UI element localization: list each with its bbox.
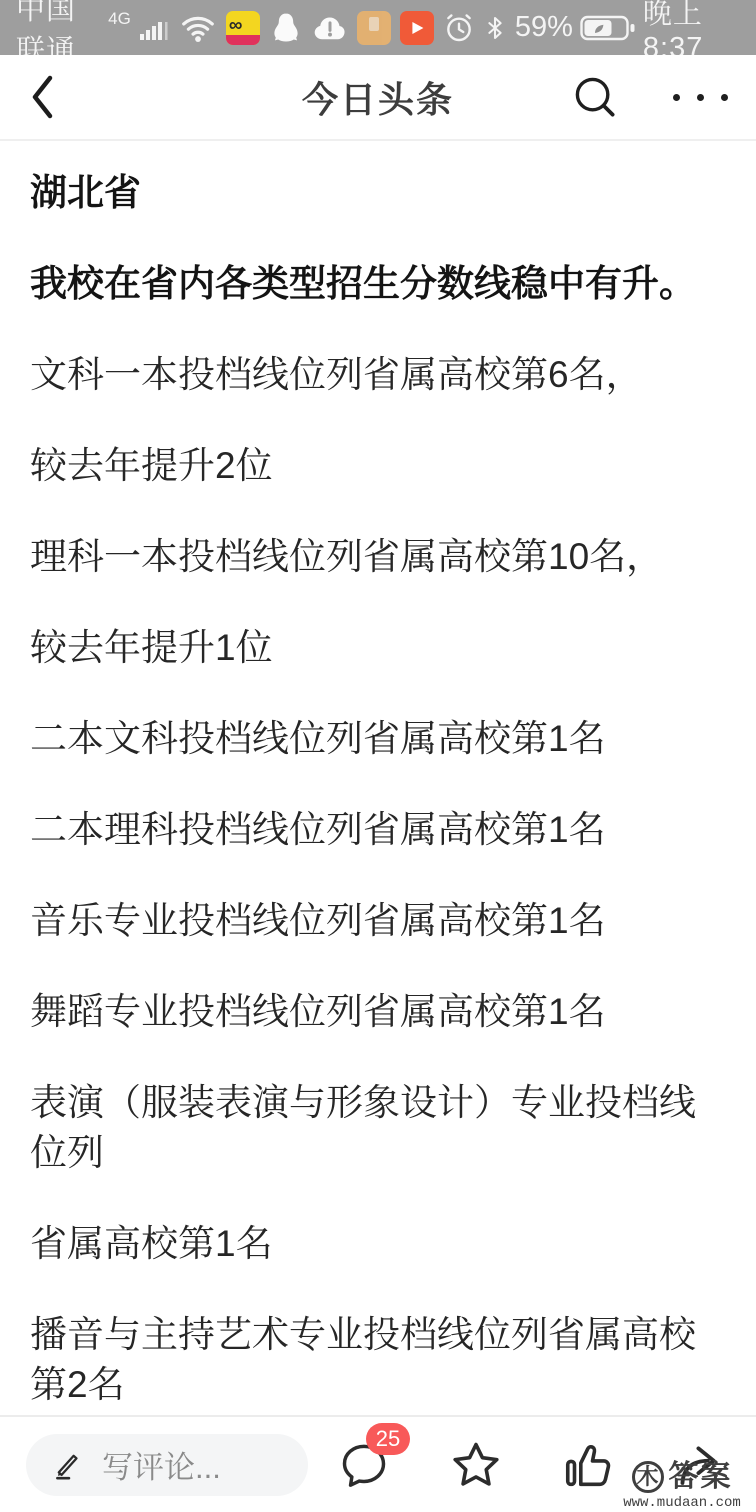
paragraph: 二本文科投档线位列省属高校第1名 bbox=[30, 714, 726, 764]
like-button[interactable] bbox=[558, 1435, 618, 1495]
watermark-logo-icon: 木 bbox=[632, 1461, 664, 1493]
comment-count-badge: 25 bbox=[366, 1423, 410, 1455]
pencil-icon bbox=[50, 1448, 84, 1482]
paragraph: 二本理科投档线位列省属高校第1名 bbox=[30, 805, 726, 855]
more-options-button[interactable] bbox=[671, 88, 730, 107]
comments-button[interactable]: 25 bbox=[334, 1435, 394, 1495]
write-comment-input[interactable]: 写评论... bbox=[26, 1434, 308, 1496]
paragraph: 较去年提升2位 bbox=[30, 441, 726, 491]
paragraph: 我校在省内各类型招生分数线稳中有升。 bbox=[30, 259, 726, 309]
favorite-button[interactable] bbox=[446, 1435, 506, 1495]
battery-percent-label: 59% bbox=[515, 11, 573, 44]
qq-penguin-icon bbox=[269, 11, 303, 45]
paragraph: 文科一本投档线位列省属高校第6名， bbox=[30, 350, 726, 400]
paragraph: 较去年提升1位 bbox=[30, 623, 726, 673]
watermark-brand: 答案 bbox=[669, 1462, 733, 1492]
paragraph: 播音与主持艺术专业投档线位列省属高校第2名 bbox=[30, 1310, 726, 1410]
paragraph: 理科一本投档线位列省属高校第10名， bbox=[30, 532, 726, 582]
back-button[interactable] bbox=[26, 72, 58, 122]
wifi-icon bbox=[179, 12, 217, 44]
paragraph: 表演（服装表演与形象设计）专业投档线位列 bbox=[30, 1078, 726, 1178]
comment-placeholder: 写评论... bbox=[102, 1442, 221, 1487]
paragraph: 舞蹈专业投档线位列省属高校第1名 bbox=[30, 987, 726, 1037]
paragraph: 省属高校第1名 bbox=[30, 1219, 726, 1269]
battery-icon bbox=[580, 13, 636, 43]
site-watermark: 木 答案 www.mudaan.com bbox=[614, 1461, 750, 1510]
notification-app-icon-yellow: ∞ bbox=[226, 11, 260, 45]
paragraph: 音乐专业投档线位列省属高校第1名 bbox=[30, 896, 726, 946]
nav-bar: 今日头条 bbox=[0, 55, 756, 141]
article-content: 湖北省 我校在省内各类型招生分数线稳中有升。 文科一本投档线位列省属高校第6名，… bbox=[0, 141, 756, 1410]
network-type-label: 4G bbox=[108, 9, 131, 29]
alarm-icon bbox=[443, 12, 475, 44]
notification-app-icon-orange bbox=[357, 11, 391, 45]
watermark-url: www.mudaan.com bbox=[614, 1496, 750, 1510]
status-bar: 中国联通 4G bbox=[0, 0, 756, 55]
search-button[interactable] bbox=[571, 73, 619, 121]
bluetooth-icon bbox=[482, 12, 508, 44]
video-app-icon bbox=[400, 11, 434, 45]
signal-strength-icon bbox=[140, 14, 170, 42]
paragraph: 湖北省 bbox=[30, 168, 726, 218]
cloud-alert-icon bbox=[312, 13, 348, 43]
